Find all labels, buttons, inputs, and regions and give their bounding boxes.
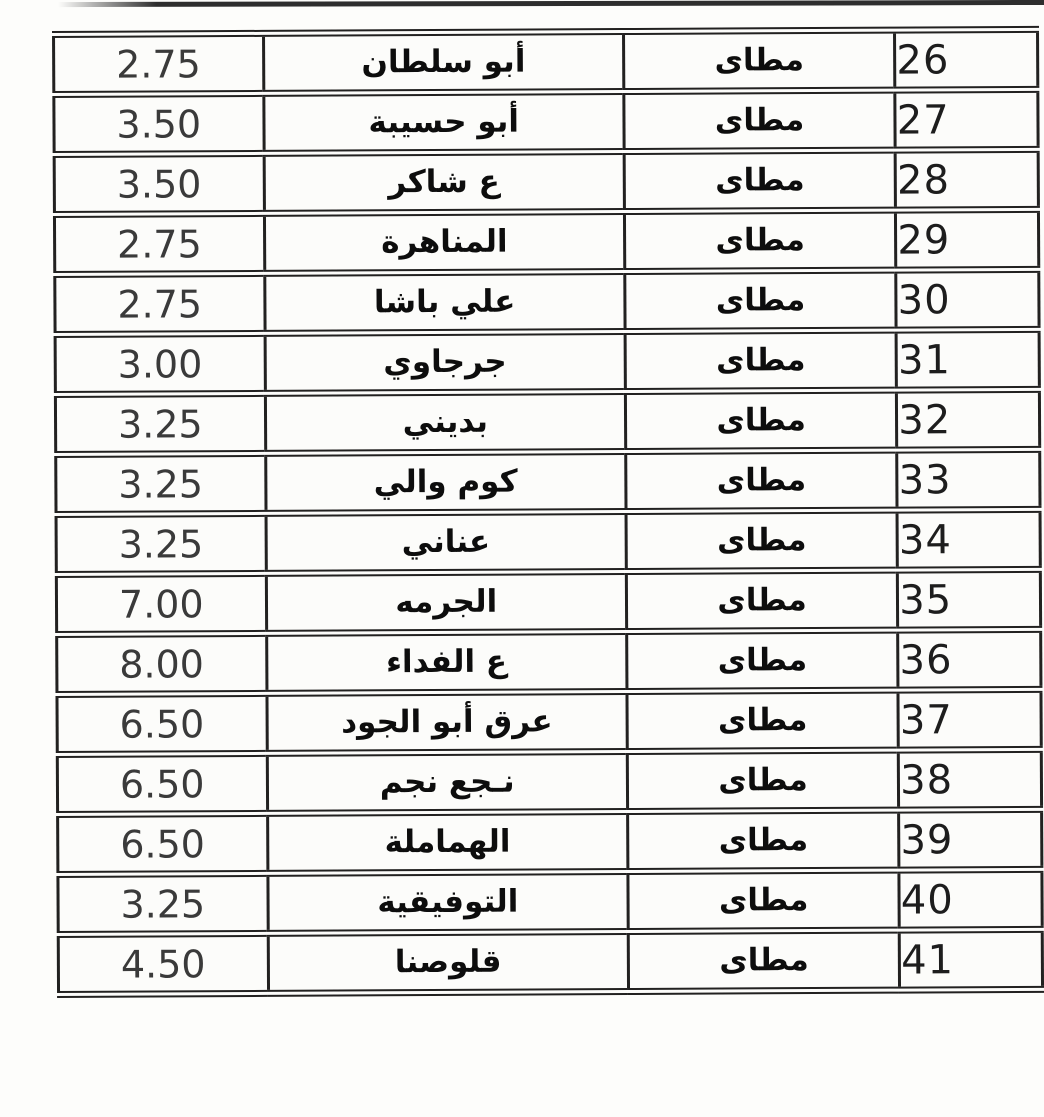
row-number-cell: 39 bbox=[899, 809, 1042, 870]
value-cell: 6.50 bbox=[57, 753, 267, 814]
village-name-cell: الجرمه bbox=[266, 572, 627, 634]
scanned-table: 26 مطاى أبو سلطان 2.75 27 مطاى أبو حسيبة… bbox=[52, 26, 1044, 998]
value-cell: 3.50 bbox=[54, 93, 264, 154]
village-name-cell: جرجاوي bbox=[265, 332, 626, 394]
village-name-cell: الهماملة bbox=[267, 811, 628, 873]
village-name-cell: أبو حسيبة bbox=[263, 92, 624, 154]
row-number-cell: 38 bbox=[899, 749, 1042, 810]
district-cell: مطاى bbox=[628, 930, 900, 991]
value-cell: 6.50 bbox=[58, 813, 268, 874]
row-number-cell: 34 bbox=[897, 509, 1040, 570]
clipped-previous-row-border bbox=[58, 0, 1044, 7]
table-row: 34 مطاى عناني 3.25 bbox=[56, 509, 1040, 574]
district-cell: مطاى bbox=[624, 90, 896, 151]
table-row: 40 مطاى التوفيقية 3.25 bbox=[58, 869, 1042, 934]
table-row: 27 مطاى أبو حسيبة 3.50 bbox=[54, 89, 1038, 154]
village-name-cell: بديني bbox=[265, 392, 626, 454]
value-cell: 7.00 bbox=[56, 573, 266, 634]
table-row: 37 مطاى عرق أبو الجود 6.50 bbox=[57, 689, 1041, 754]
district-cell: مطاى bbox=[627, 630, 899, 691]
value-cell: 3.25 bbox=[58, 873, 268, 934]
table-row: 35 مطاى الجرمه 7.00 bbox=[56, 569, 1040, 634]
district-cell: مطاى bbox=[624, 210, 896, 271]
value-cell: 8.00 bbox=[57, 633, 267, 694]
row-number-cell: 33 bbox=[897, 449, 1040, 510]
value-cell: 4.50 bbox=[58, 933, 268, 994]
village-name-cell: التوفيقية bbox=[267, 871, 628, 933]
table-row: 32 مطاى بديني 3.25 bbox=[55, 389, 1039, 454]
table-row: 33 مطاى كوم والي 3.25 bbox=[56, 449, 1040, 514]
value-cell: 3.25 bbox=[55, 393, 265, 454]
value-cell: 2.75 bbox=[55, 273, 265, 334]
village-name-cell: ع شاكر bbox=[264, 152, 625, 214]
village-name-cell: كوم والي bbox=[265, 452, 626, 514]
table-row: 41 مطاى قلوصنا 4.50 bbox=[58, 929, 1042, 994]
district-cell: مطاى bbox=[628, 810, 900, 871]
value-cell: 3.25 bbox=[56, 513, 266, 574]
village-name-cell: المناهرة bbox=[264, 212, 625, 274]
table-row: 26 مطاى أبو سلطان 2.75 bbox=[54, 29, 1038, 94]
district-cell: مطاى bbox=[624, 150, 896, 211]
value-cell: 2.75 bbox=[54, 213, 264, 274]
scanned-document-page: { "colors": { "paper": "#fcfcfa", "borde… bbox=[0, 0, 1044, 1117]
value-cell: 3.25 bbox=[56, 453, 266, 514]
village-name-cell: قلوصنا bbox=[268, 931, 629, 993]
row-number-cell: 26 bbox=[895, 29, 1038, 90]
village-name-cell: عناني bbox=[266, 512, 627, 574]
district-cell: مطاى bbox=[625, 330, 897, 391]
table-row: 28 مطاى ع شاكر 3.50 bbox=[54, 149, 1038, 214]
district-cell: مطاى bbox=[623, 30, 895, 91]
district-cell: مطاى bbox=[626, 570, 898, 631]
row-number-cell: 40 bbox=[899, 869, 1042, 930]
row-number-cell: 35 bbox=[898, 569, 1041, 630]
table-row: 31 مطاى جرجاوي 3.00 bbox=[55, 329, 1039, 394]
value-cell: 3.00 bbox=[55, 333, 265, 394]
row-number-cell: 28 bbox=[895, 149, 1038, 210]
district-cell: مطاى bbox=[625, 270, 897, 331]
table-row: 29 مطاى المناهرة 2.75 bbox=[54, 209, 1038, 274]
village-name-cell: ع الفداء bbox=[266, 631, 627, 693]
table-body: 26 مطاى أبو سلطان 2.75 27 مطاى أبو حسيبة… bbox=[54, 29, 1043, 994]
row-number-cell: 30 bbox=[896, 269, 1039, 330]
row-number-cell: 37 bbox=[898, 689, 1041, 750]
district-cell: مطاى bbox=[627, 690, 899, 751]
district-cell: مطاى bbox=[626, 510, 898, 571]
row-number-cell: 27 bbox=[895, 89, 1038, 150]
district-cell: مطاى bbox=[628, 870, 900, 931]
row-number-cell: 41 bbox=[899, 929, 1042, 990]
village-name-cell: أبو سلطان bbox=[263, 32, 624, 94]
table-row: 39 مطاى الهماملة 6.50 bbox=[58, 809, 1042, 874]
village-name-cell: عرق أبو الجود bbox=[267, 691, 628, 753]
village-name-cell: نـجع نجم bbox=[267, 751, 628, 813]
district-cell: مطاى bbox=[625, 390, 897, 451]
value-cell: 2.75 bbox=[54, 33, 264, 94]
table-row: 38 مطاى نـجع نجم 6.50 bbox=[57, 749, 1041, 814]
row-number-cell: 36 bbox=[898, 629, 1041, 690]
table-row: 30 مطاى علي باشا 2.75 bbox=[55, 269, 1039, 334]
scanned-table-container: 26 مطاى أبو سلطان 2.75 27 مطاى أبو حسيبة… bbox=[52, 26, 1044, 998]
row-number-cell: 31 bbox=[896, 329, 1039, 390]
table-row: 36 مطاى ع الفداء 8.00 bbox=[57, 629, 1041, 694]
value-cell: 6.50 bbox=[57, 693, 267, 754]
value-cell: 3.50 bbox=[54, 153, 264, 214]
row-number-cell: 32 bbox=[897, 389, 1040, 450]
district-cell: مطاى bbox=[627, 750, 899, 811]
district-cell: مطاى bbox=[626, 450, 898, 511]
village-name-cell: علي باشا bbox=[264, 272, 625, 334]
row-number-cell: 29 bbox=[896, 209, 1039, 270]
